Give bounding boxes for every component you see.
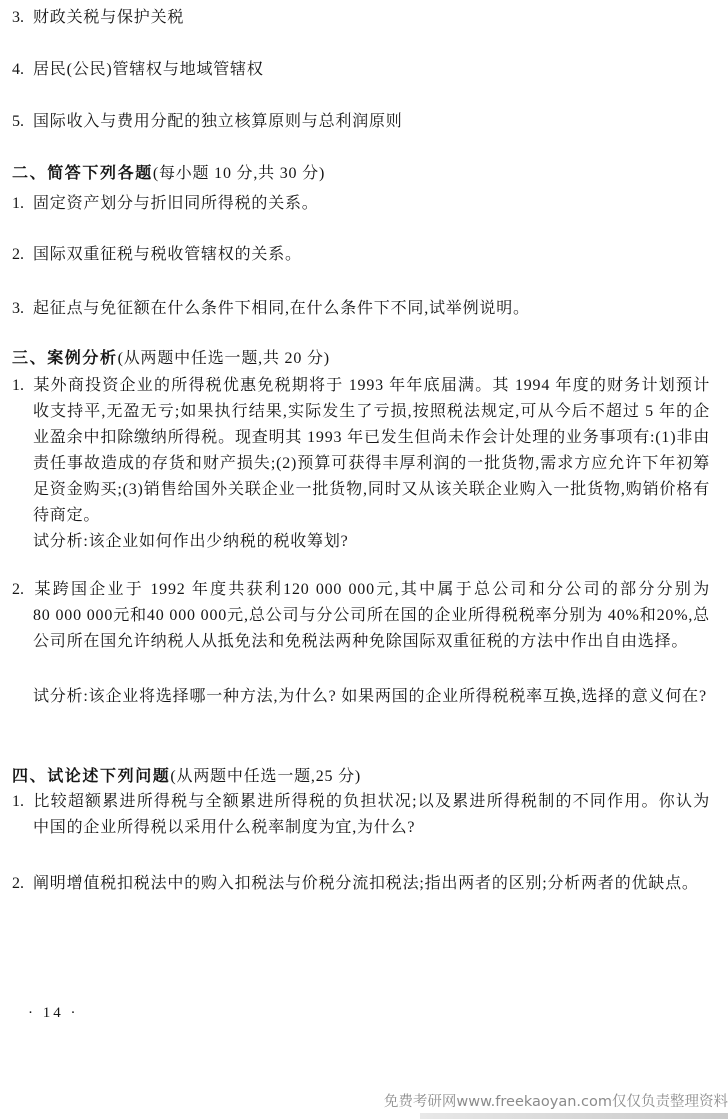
item-text: 某跨国企业于 1992 年度共获利120 000 000元,其中属于总公司和分公… bbox=[33, 581, 710, 650]
section-two-title: 二、简答下列各题 bbox=[12, 165, 153, 182]
section-four-title: 四、试论述下列问题 bbox=[12, 768, 170, 785]
term-item-3: 3.财政关税与保护关税 bbox=[12, 5, 710, 31]
item-number: 5. bbox=[12, 109, 33, 135]
case-item-2-analysis: 试分析:该企业将选择哪一种方法,为什么? 如果两国的企业所得税税率互换,选择的意… bbox=[33, 684, 713, 710]
item-text: 国际收入与费用分配的独立核算原则与总利润原则 bbox=[33, 113, 403, 130]
item-number: 2. bbox=[12, 871, 33, 897]
item-number: 2. bbox=[12, 242, 33, 268]
short-answer-item-1: 1.固定资产划分与折旧同所得税的关系。 bbox=[12, 191, 710, 217]
essay-item-1: 1.比较超额累进所得税与全额累进所得税的负担状况;以及累进所得税制的不同作用。你… bbox=[12, 789, 710, 841]
term-item-4: 4.居民(公民)管辖权与地域管辖权 bbox=[12, 57, 710, 83]
term-item-5: 5.国际收入与费用分配的独立核算原则与总利润原则 bbox=[12, 109, 710, 135]
case-item-1-analysis: 试分析:该企业如何作出少纳税的税收筹划? bbox=[33, 529, 713, 555]
watermark-text: 免费考研网www.freekaoyan.com仅仅负责整理资料 bbox=[384, 1089, 728, 1115]
section-four-header: 四、试论述下列问题(从两题中任选一题,25 分) bbox=[12, 764, 361, 790]
item-number: 3. bbox=[12, 296, 33, 322]
item-text: 阐明增值税扣税法中的购入扣税法与价税分流扣税法;指出两者的区别;分析两者的优缺点… bbox=[33, 875, 699, 892]
section-three-note: (从两题中任选一题,共 20 分) bbox=[118, 350, 330, 367]
section-two-note: (每小题 10 分,共 30 分) bbox=[153, 165, 325, 182]
item-text: 居民(公民)管辖权与地域管辖权 bbox=[33, 61, 264, 78]
item-text: 固定资产划分与折旧同所得税的关系。 bbox=[33, 195, 319, 212]
exam-paper-page: 3.财政关税与保护关税 4.居民(公民)管辖权与地域管辖权 5.国际收入与费用分… bbox=[0, 0, 728, 1119]
item-number: 1. bbox=[12, 789, 33, 815]
section-three-title: 三、案例分析 bbox=[12, 350, 118, 367]
item-number: 4. bbox=[12, 57, 33, 83]
item-text: 财政关税与保护关税 bbox=[33, 9, 184, 26]
item-number: 3. bbox=[12, 5, 33, 31]
essay-item-2: 2.阐明增值税扣税法中的购入扣税法与价税分流扣税法;指出两者的区别;分析两者的优… bbox=[12, 871, 710, 897]
section-two-header: 二、简答下列各题(每小题 10 分,共 30 分) bbox=[12, 161, 325, 187]
case-item-1-body: 1.某外商投资企业的所得税优惠免税期将于 1993 年年底届满。其 1994 年… bbox=[12, 373, 710, 529]
short-answer-item-2: 2.国际双重征税与税收管辖权的关系。 bbox=[12, 242, 710, 268]
section-three-header: 三、案例分析(从两题中任选一题,共 20 分) bbox=[12, 346, 330, 372]
item-text: 比较超额累进所得税与全额累进所得税的负担状况;以及累进所得税制的不同作用。你认为… bbox=[33, 793, 710, 836]
section-four-note: (从两题中任选一题,25 分) bbox=[170, 768, 361, 785]
case-item-2-body: 2.某跨国企业于 1992 年度共获利120 000 000元,其中属于总公司和… bbox=[12, 577, 710, 655]
item-text: 起征点与免征额在什么条件下相同,在什么条件下不同,试举例说明。 bbox=[33, 300, 530, 317]
item-number: 1. bbox=[12, 373, 33, 399]
item-number: 1. bbox=[12, 191, 33, 217]
item-number: 2. bbox=[12, 577, 33, 603]
short-answer-item-3: 3.起征点与免征额在什么条件下相同,在什么条件下不同,试举例说明。 bbox=[12, 296, 710, 322]
item-text: 某外商投资企业的所得税优惠免税期将于 1993 年年底届满。其 1994 年度的… bbox=[33, 377, 710, 524]
item-text: 国际双重征税与税收管辖权的关系。 bbox=[33, 246, 302, 263]
page-number: · 14 · bbox=[28, 1000, 79, 1026]
